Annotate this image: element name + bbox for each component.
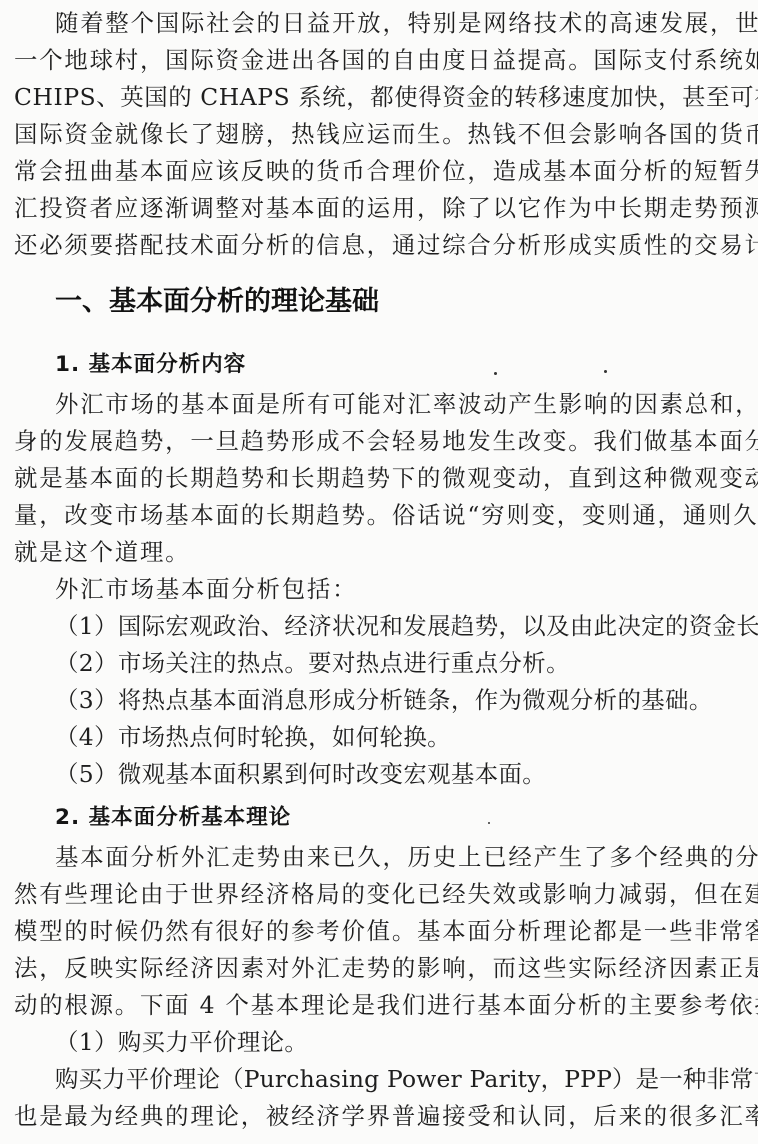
intro-line-3: CHIPS、英国的 CHAPS 系统，都使得资金的转移速度加快，甚至可在瞬间完成… xyxy=(14,79,746,116)
theory-1-line-1: 购买力平价理论（Purchasing Power Parity，PPP）是一种非… xyxy=(55,1061,746,1098)
list-item-2: （2）市场关注的热点。要对热点进行重点分析。 xyxy=(55,645,746,682)
subsection-2-line-5: 动的根源。下面 4 个基本理论是我们进行基本面分析的主要参考依据。 xyxy=(14,987,746,1024)
list-item-3: （3）将热点基本面消息形成分析链条，作为微观分析的基础。 xyxy=(55,682,746,719)
intro-line-1: 随着整个国际社会的日益开放，特别是网络技术的高速发展，世界已经宛如 xyxy=(55,5,746,42)
subsection-2-line-2: 然有些理论由于世界经济格局的变化已经失效或影响力减弱，但在建立新的定价 xyxy=(14,876,746,913)
subsection-1-line-2: 身的发展趋势，一旦趋势形成不会轻易地发生改变。我们做基本面分析，分析的 xyxy=(14,423,746,460)
list-item-1: （1）国际宏观政治、经济状况和发展趋势，以及由此决定的资金长期流向。 xyxy=(55,608,746,645)
list-item-5: （5）微观基本面积累到何时改变宏观基本面。 xyxy=(55,756,746,793)
subsection-1-heading: 1. 基本面分析内容 xyxy=(55,347,246,383)
subsection-2-line-4: 法，反映实际经济因素对外汇走势的影响，而这些实际经济因素正是汇率产生波 xyxy=(14,950,746,987)
subsection-1-line-3: 就是基本面的长期趋势和长期趋势下的微观变动，直到这种微观变动累积到一定 xyxy=(14,460,746,497)
subsection-2-line-3: 模型的时候仍然有很好的参考价值。基本面分析理论都是一些非常客观的分析方 xyxy=(14,913,746,950)
subsection-1-line-4: 量，改变市场基本面的长期趋势。俗话说“穷则变，变则通，通则久，久则穷”， xyxy=(14,497,746,534)
subsection-1-line-1: 外汇市场的基本面是所有可能对汇率波动产生影响的因素总和，基本面有自 xyxy=(55,386,746,423)
list-item-4: （4）市场热点何时轮换，如何轮换。 xyxy=(55,719,746,756)
intro-line-6: 汇投资者应逐渐调整对基本面的运用，除了以它作为中长期走势预测的工具外， xyxy=(14,190,746,227)
book-page: 随着整个国际社会的日益开放，特别是网络技术的高速发展，世界已经宛如 一个地球村，… xyxy=(0,0,758,1144)
list-intro: 外汇市场基本面分析包括： xyxy=(55,571,746,608)
subsection-2-heading: 2. 基本面分析基本理论 xyxy=(55,800,291,836)
subsection-1-line-5: 就是这个道理。 xyxy=(14,534,746,571)
theory-1-line-2: 也是最为经典的理论，被经济学界普遍接受和认同，后来的很多汇率定价理论都 xyxy=(14,1098,746,1135)
section-heading: 一、基本面分析的理论基础 xyxy=(55,282,379,322)
scan-speck xyxy=(604,370,607,373)
theory-1-heading: （1）购买力平价理论。 xyxy=(55,1024,746,1061)
intro-line-5: 常会扭曲基本面应该反映的货币合理价位，造成基本面分析的短暂失灵。所以外 xyxy=(14,153,746,190)
scan-speck xyxy=(494,372,497,375)
intro-line-7: 还必须要搭配技术面分析的信息，通过综合分析形成实质性的交易计划。 xyxy=(14,227,746,264)
intro-line-4: 国际资金就像长了翅膀，热钱应运而生。热钱不但会影响各国的货币政策，更常 xyxy=(14,116,746,153)
subsection-2-line-1: 基本面分析外汇走势由来已久，历史上已经产生了多个经典的分析理论，虽 xyxy=(55,839,746,876)
scan-speck xyxy=(488,822,490,824)
intro-line-2: 一个地球村，国际资金进出各国的自由度日益提高。国际支付系统如美国的 xyxy=(14,42,746,79)
